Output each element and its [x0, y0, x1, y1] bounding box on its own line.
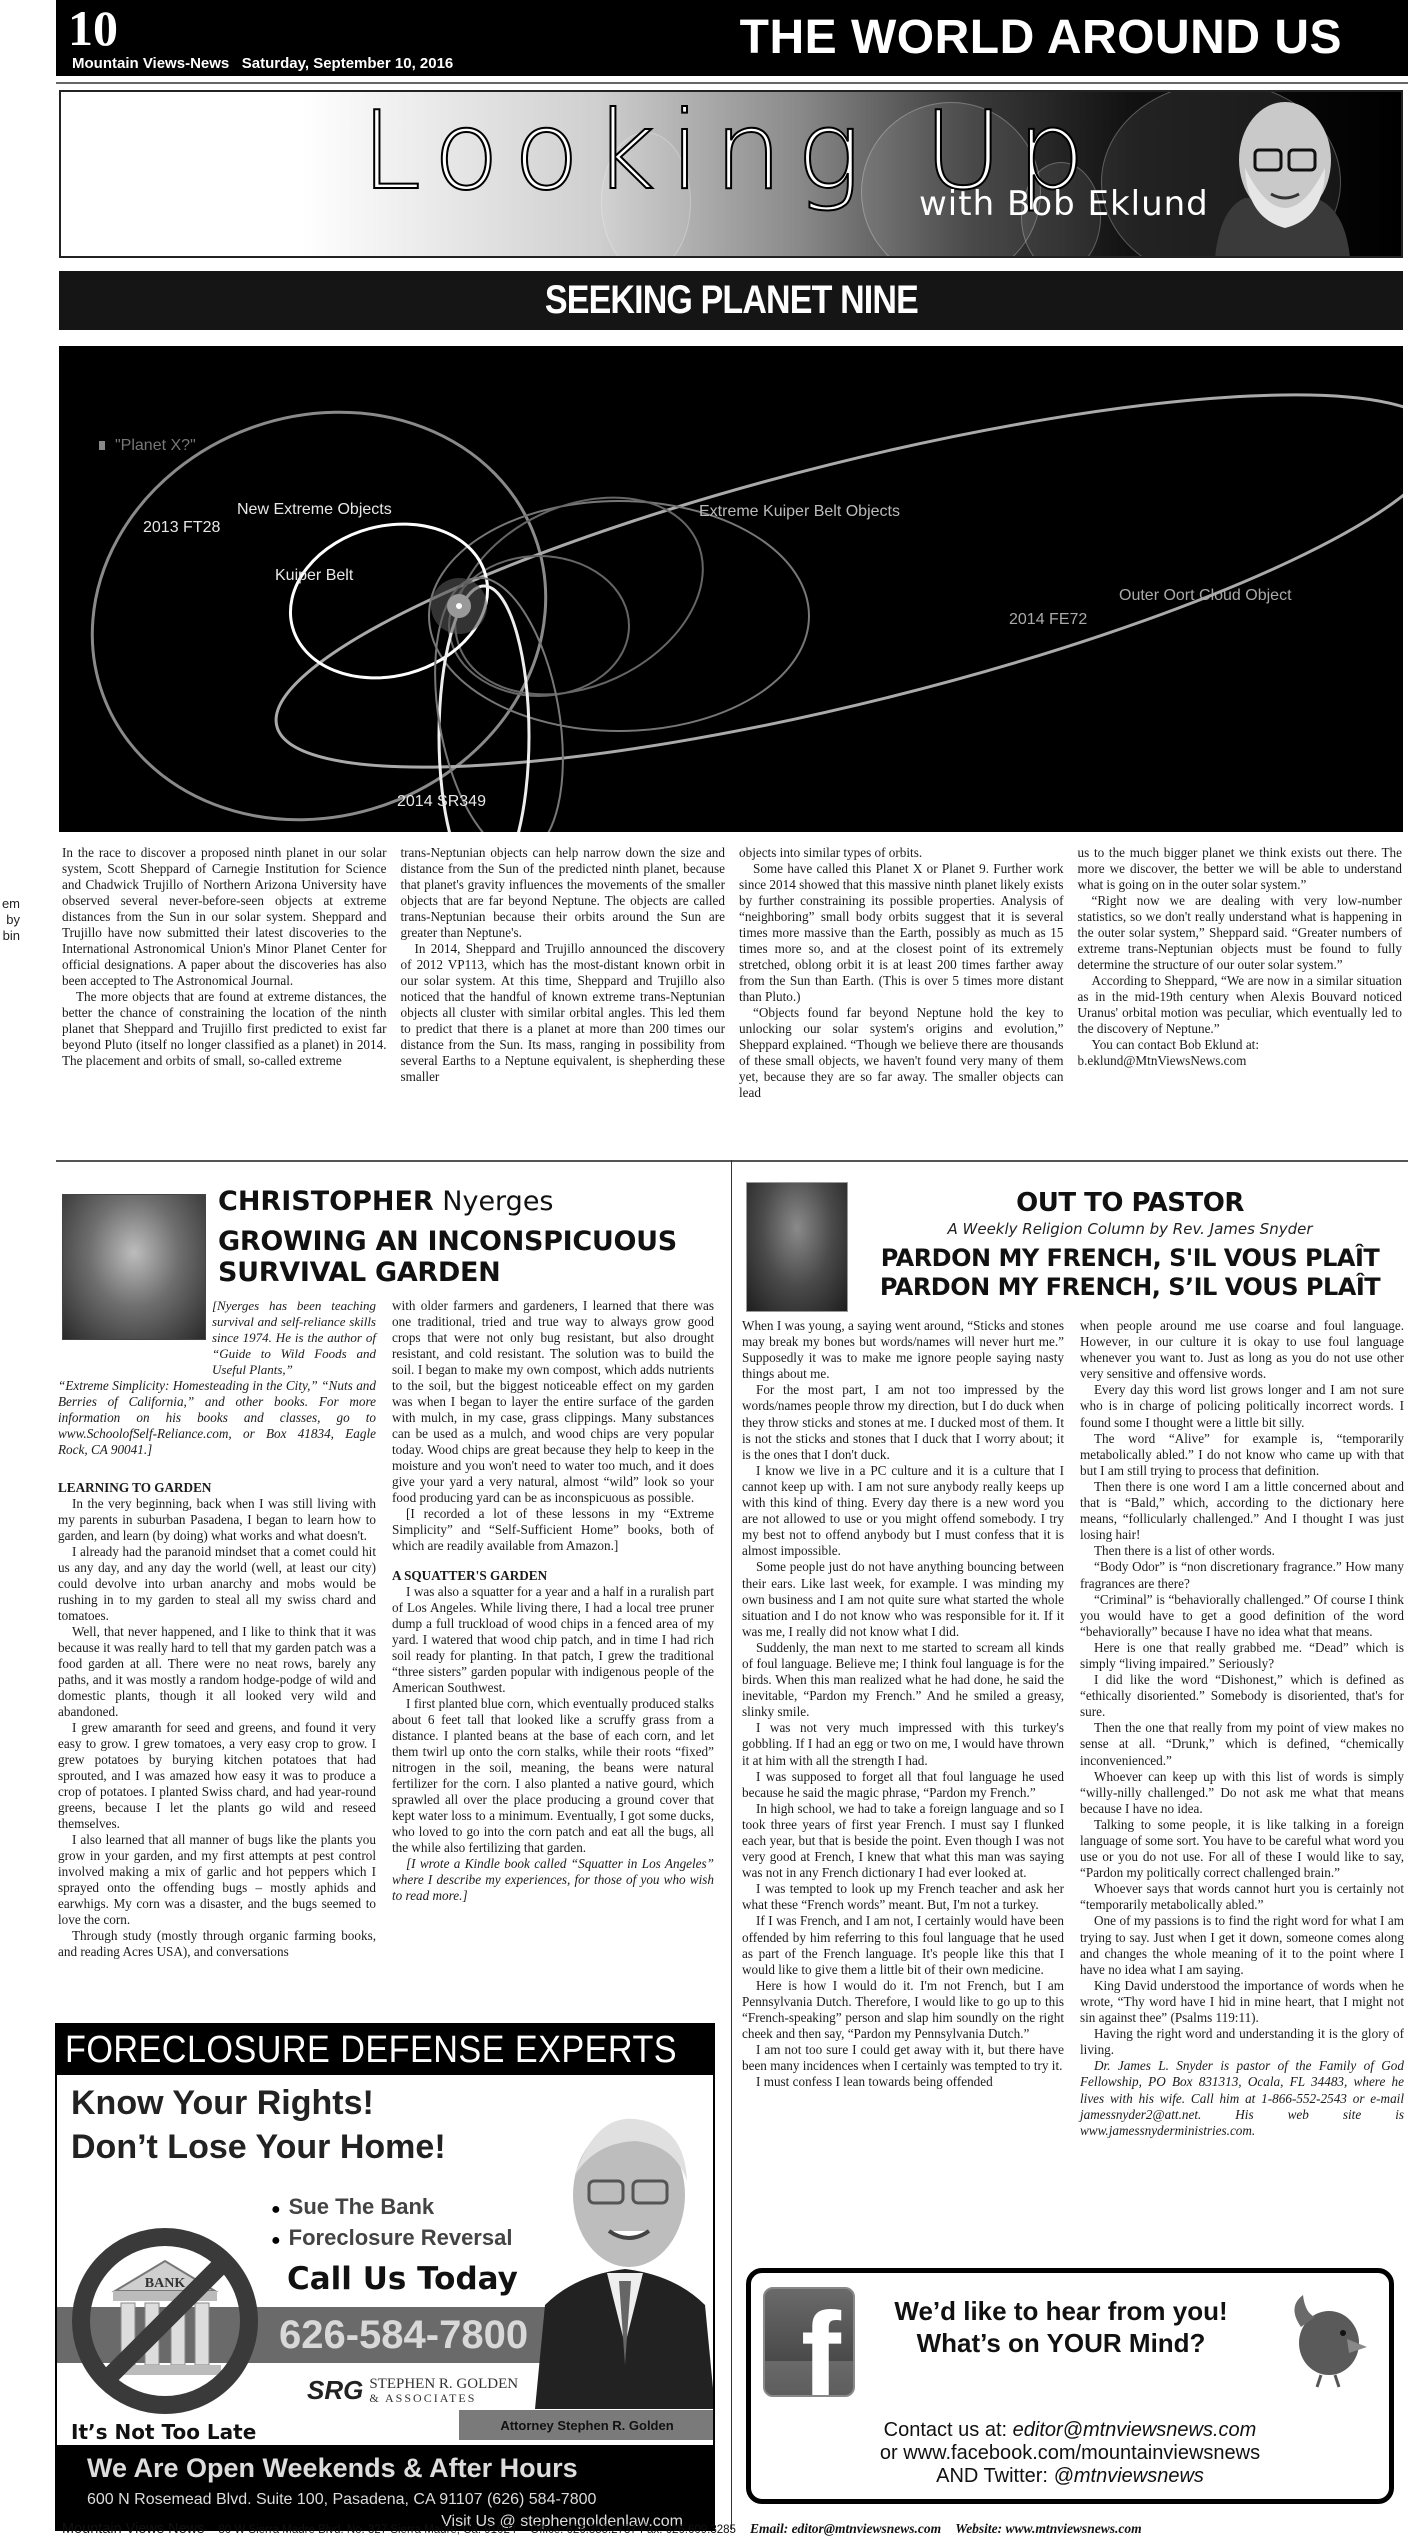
social-headline: We’d like to hear from you! What’s on YO…: [861, 2295, 1261, 2359]
nyerges-headline: GROWING AN INCONSPICUOUS SURVIVAL GARDEN: [218, 1226, 718, 1288]
byline-first: CHRISTOPHER: [218, 1186, 434, 1217]
column-subtitle: A Weekly Religion Column by Rev. James S…: [860, 1220, 1400, 1238]
article-body: In the race to discover a proposed ninth…: [62, 845, 1402, 1101]
social-headline-1: We’d like to hear from you!: [861, 2295, 1261, 2327]
paragraph: Some have called this Planet X or Planet…: [739, 861, 1064, 1005]
kindle-note: [I wrote a Kindle book called “Squatter …: [392, 1856, 714, 1904]
ad-bullet: Sue The Bank: [271, 2193, 512, 2224]
social-headline-2: What’s on YOUR Mind?: [861, 2327, 1261, 2359]
srg-logo-mark: SRG: [307, 2375, 363, 2406]
twitter-bird-icon[interactable]: [1281, 2287, 1373, 2393]
snyder-photo: [746, 1182, 848, 1312]
paragraph: In the very beginning, back when I was s…: [58, 1496, 376, 1544]
article-column-3: objects into similar types of orbits. So…: [739, 845, 1064, 1101]
paragraph: In high school, we had to take a foreign…: [742, 1801, 1064, 1881]
column-banner: Looking Up with Bob Eklund: [59, 90, 1403, 258]
paragraph: Whoever says that words cannot hurt you …: [1080, 1881, 1404, 1913]
no-bank-icon: BANK: [65, 2221, 265, 2421]
ad-bullet: Foreclosure Reversal: [271, 2224, 512, 2255]
ad-call-today: Call Us Today: [287, 2261, 518, 2297]
ad-phone-number[interactable]: 626-584-7800: [279, 2307, 528, 2363]
contact-email-line: Contact us at: editor@mtnviewsnews.com: [751, 2419, 1389, 2442]
paragraph: King David understood the importance of …: [1080, 1978, 1404, 2026]
divider: [56, 82, 1408, 84]
firm-name-1: STEPHEN R. GOLDEN: [369, 2377, 518, 2391]
twitter-label: AND Twitter:: [936, 2465, 1053, 2487]
paragraph: According to Sheppard, “We are now in a …: [1078, 973, 1403, 1037]
facebook-glyph: f: [801, 2295, 841, 2397]
foreclosure-ad[interactable]: FORECLOSURE DEFENSE EXPERTS Know Your Ri…: [55, 2023, 715, 2531]
facebook-icon[interactable]: f: [763, 2287, 855, 2397]
attorney-portrait: [535, 2085, 715, 2409]
paragraph: I was not very much impressed with this …: [742, 1720, 1064, 1768]
article-column-1: In the race to discover a proposed ninth…: [62, 845, 387, 1101]
footer-email-link[interactable]: Email: editor@mtnviewsnews.com: [750, 2521, 941, 2537]
paragraph: I grew amaranth for seed and greens, and…: [58, 1720, 376, 1832]
paragraph: When I was young, a saying went around, …: [742, 1318, 1064, 1382]
firm-name: STEPHEN R. GOLDEN & ASSOCIATES: [369, 2377, 518, 2405]
page-footer: Mountain Views News 80 W Sierra Madre Bl…: [62, 2521, 1408, 2537]
nyerges-column-2: with older farmers and gardeners, I lear…: [392, 1298, 714, 1904]
nyerges-bio-rest: “Extreme Simplicity: Homesteading in the…: [58, 1378, 376, 1458]
paragraph: when people around me use coarse and fou…: [1080, 1318, 1404, 1382]
ad-headline: Know Your Rights! Don’t Lose Your Home!: [71, 2081, 446, 2169]
paragraph: I was supposed to forget all that foul l…: [742, 1769, 1064, 1801]
ad-top-banner-text: FORECLOSURE DEFENSE EXPERTS: [65, 2029, 677, 2072]
paragraph: trans-Neptunian objects can help narrow …: [401, 845, 726, 941]
paragraph: Some people just do not have anything bo…: [742, 1559, 1064, 1639]
nyerges-bio-intro: [Nyerges has been teaching survival and …: [212, 1298, 376, 1378]
paragraph: I am not too sure I could get away with …: [742, 2042, 1064, 2074]
firm-logo: SRG STEPHEN R. GOLDEN & ASSOCIATES: [307, 2375, 518, 2406]
footer-publication: Mountain Views News: [62, 2521, 204, 2537]
contact-line: You can contact Bob Eklund at:: [1078, 1037, 1403, 1053]
snyder-column-1: When I was young, a saying went around, …: [742, 1318, 1064, 2091]
paragraph: Here is one that really grabbed me. “Dea…: [1080, 1640, 1404, 1672]
paragraph: I also learned that all manner of bugs l…: [58, 1832, 376, 1928]
nyerges-column-1: “Extreme Simplicity: Homesteading in the…: [58, 1378, 376, 1960]
attorney-name: Attorney Stephen R. Golden: [459, 2410, 715, 2440]
subhead: A SQUATTER'S GARDEN: [392, 1568, 714, 1584]
facebook-url-link[interactable]: or www.facebook.com/mountainviewsnews: [751, 2442, 1389, 2465]
paragraph: “Objects found far beyond Neptune hold t…: [739, 1005, 1064, 1101]
column-title: OUT TO PASTOR: [860, 1188, 1400, 1218]
paragraph: Having the right word and understanding …: [1080, 2026, 1404, 2058]
clipped-margin-text: em by bin: [0, 896, 20, 944]
label-planet-x: "Planet X?": [115, 437, 196, 454]
margin-fragment: em: [0, 896, 20, 912]
orbit-diagram: "Planet X?" New Extreme Objects 2013 FT2…: [59, 346, 1403, 832]
paragraph: Talking to some people, it is like talki…: [1080, 1817, 1404, 1881]
ad-headline-2: Don’t Lose Your Home!: [71, 2125, 446, 2169]
paragraph: “Criminal” is “behaviorally challenged.”…: [1080, 1592, 1404, 1640]
paragraph: Suddenly, the man next to me started to …: [742, 1640, 1064, 1720]
column-divider: [731, 1160, 732, 2530]
paragraph: Whoever can keep up with this list of wo…: [1080, 1769, 1404, 1817]
paragraph: Then there is a list of other words.: [1080, 1543, 1404, 1559]
headline-line-1: PARDON MY FRENCH, S'IL VOUS PLAÎT: [860, 1244, 1400, 1273]
margin-fragment: by: [0, 912, 20, 928]
contact-label: Contact us at:: [884, 2419, 1013, 2441]
orbit-diagram-svg: "Planet X?" New Extreme Objects 2013 FT2…: [59, 346, 1403, 832]
paragraph: I must confess I lean towards being offe…: [742, 2074, 1064, 2090]
ad-address: 600 N Rosemead Blvd. Suite 100, Pasadena…: [87, 2491, 596, 2509]
nyerges-photo: [62, 1194, 206, 1340]
paragraph: “Body Odor” is “non discretionary fragra…: [1080, 1559, 1404, 1591]
publication-dateline: Mountain Views-News Saturday, September …: [72, 55, 453, 72]
paragraph: The more objects that are found at extre…: [62, 989, 387, 1069]
paragraph: Every day this word list grows longer an…: [1080, 1382, 1404, 1430]
masthead: 10 Mountain Views-News Saturday, Septemb…: [56, 0, 1408, 76]
headline-line-2: PARDON MY FRENCH, S’IL VOUS PLAÎT: [860, 1273, 1400, 1302]
margin-fragment: bin: [0, 928, 20, 944]
banner-subtitle: with Bob Eklund: [919, 184, 1209, 224]
label-kuiper-belt: Kuiper Belt: [275, 567, 354, 584]
paragraph: objects into similar types of orbits.: [739, 845, 1064, 861]
paragraph: us to the much bigger planet we think ex…: [1078, 845, 1403, 893]
sun-icon: [456, 603, 462, 609]
social-contact-lines: Contact us at: editor@mtnviewsnews.com o…: [751, 2419, 1389, 2488]
label-extreme-kuiper-belt-objects: Extreme Kuiper Belt Objects: [699, 503, 900, 520]
paragraph: I know we live in a PC culture and it is…: [742, 1463, 1064, 1560]
article-column-4: us to the much bigger planet we think ex…: [1078, 845, 1403, 1101]
ad-tagline: It’s Not Too Late: [71, 2420, 256, 2444]
social-contact-box: f We’d like to hear from you! What’s on …: [746, 2268, 1394, 2504]
firm-name-2: & ASSOCIATES: [369, 2391, 518, 2405]
author-bio: Dr. James L. Snyder is pastor of the Fam…: [1080, 2058, 1404, 2138]
subhead: LEARNING TO GARDEN: [58, 1480, 376, 1496]
ad-bullet-list: Sue The Bank Foreclosure Reversal: [271, 2193, 512, 2255]
snyder-column-2: when people around me use coarse and fou…: [1080, 1318, 1404, 2139]
paragraph: I first planted blue corn, which eventua…: [392, 1696, 714, 1856]
paragraph: Then there is one word I am a little con…: [1080, 1479, 1404, 1543]
twitter-handle-link[interactable]: @mtnviewsnews: [1054, 2465, 1204, 2487]
divider: [56, 1160, 1408, 1162]
footer-phone: Office: 626.355.2737 Fax: 626.609.3285: [530, 2524, 736, 2536]
byline-last: Nyerges: [434, 1186, 554, 1217]
footer-website-link[interactable]: Website: www.mtnviewsnews.com: [955, 2521, 1141, 2537]
label-new-extreme-objects: New Extreme Objects: [237, 501, 392, 518]
paragraph: For the most part, I am not too impresse…: [742, 1382, 1064, 1462]
paragraph: [I recorded a lot of these lessons in my…: [392, 1506, 714, 1554]
author-portrait: [1175, 98, 1385, 258]
paragraph: I was tempted to look up my French teach…: [742, 1881, 1064, 1913]
label-2014-sr349: 2014 SR349: [397, 793, 486, 810]
author-email-link[interactable]: b.eklund@MtnViewsNews.com: [1078, 1053, 1403, 1069]
twitter-line: AND Twitter: @mtnviewsnews: [751, 2465, 1389, 2488]
paragraph: If I was French, and I am not, I certain…: [742, 1913, 1064, 1977]
ad-hours: We Are Open Weekends & After Hours: [87, 2453, 578, 2484]
publication-name: Mountain Views-News: [72, 55, 229, 72]
nyerges-byline: CHRISTOPHER Nyerges: [218, 1186, 554, 1217]
paragraph: Well, that never happened, and I like to…: [58, 1624, 376, 1720]
page-number: 10: [68, 2, 118, 54]
issue-date: Saturday, September 10, 2016: [242, 55, 454, 72]
footer-address: 80 W Sierra Madre Blvd. No. 327 Sierra M…: [218, 2524, 516, 2536]
label-outer-oort-cloud-object: Outer Oort Cloud Object: [1119, 587, 1292, 604]
editor-email-link[interactable]: editor@mtnviewsnews.com: [1013, 2419, 1257, 2441]
svg-text:BANK: BANK: [145, 2276, 186, 2291]
ad-headline-1: Know Your Rights!: [71, 2081, 446, 2125]
paragraph: Through study (mostly through organic fa…: [58, 1928, 376, 1960]
article-headline: SEEKING PLANET NINE: [544, 278, 917, 323]
article-headline-bar: SEEKING PLANET NINE: [59, 271, 1403, 330]
paragraph: I was also a squatter for a year and a h…: [392, 1584, 714, 1696]
planet-x-marker: [99, 441, 105, 450]
label-2014-fe72: 2014 FE72: [1009, 611, 1087, 628]
paragraph: I did like the word “Dishonest,” which i…: [1080, 1672, 1404, 1720]
paragraph: with older farmers and gardeners, I lear…: [392, 1298, 714, 1506]
paragraph: One of my passions is to find the right …: [1080, 1913, 1404, 1977]
section-title: THE WORLD AROUND US: [740, 12, 1342, 64]
paragraph: “Right now we are dealing with very low-…: [1078, 893, 1403, 973]
paragraph: I already had the paranoid mindset that …: [58, 1544, 376, 1624]
paragraph: Here is how I would do it. I'm not Frenc…: [742, 1978, 1064, 2042]
paragraph: Then the one that really from my point o…: [1080, 1720, 1404, 1768]
paragraph: In the race to discover a proposed ninth…: [62, 845, 387, 989]
paragraph: In 2014, Sheppard and Trujillo announced…: [401, 941, 726, 1085]
label-2013-ft28: 2013 FT28: [143, 519, 220, 536]
snyder-headline: PARDON MY FRENCH, S'IL VOUS PLAÎT PARDON…: [860, 1244, 1400, 1302]
paragraph: The word “Alive” for example is, “tempor…: [1080, 1431, 1404, 1479]
article-column-2: trans-Neptunian objects can help narrow …: [401, 845, 726, 1101]
ad-top-banner: FORECLOSURE DEFENSE EXPERTS: [57, 2025, 713, 2075]
